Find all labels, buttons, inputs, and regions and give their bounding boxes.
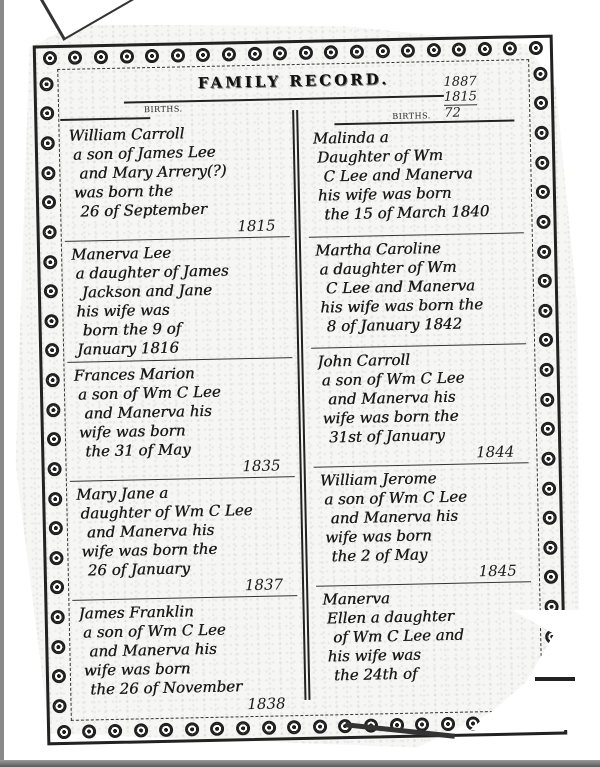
rosette-ornament <box>247 47 261 61</box>
rosette-ornament <box>46 403 60 417</box>
rosette-ornament <box>273 46 287 60</box>
rosette-ornament <box>42 195 56 209</box>
rosette-ornament <box>350 45 364 59</box>
rosette-ornament <box>49 521 63 535</box>
birth-entry: Frances Mariona son of Wm C Leeand Maner… <box>67 358 294 482</box>
tear-mark <box>535 677 575 681</box>
rosette-ornament <box>68 50 82 64</box>
entry-line: the 24th of <box>324 663 527 686</box>
rosette-ornament <box>57 725 71 739</box>
entry-line: the 15 of March 1840 <box>314 201 517 224</box>
rosette-ornament <box>159 723 173 737</box>
rosette-ornament <box>43 51 57 65</box>
rosette-ornament <box>503 41 517 55</box>
rosette-ornament <box>537 244 551 258</box>
rosette-ornament <box>44 314 58 328</box>
birth-entry: ManervaEllen a daughterof Wm C Lee andhi… <box>316 583 533 698</box>
rosette-ornament <box>426 43 440 57</box>
rosette-ornament <box>287 720 301 734</box>
rosette-ornament <box>94 50 108 64</box>
entry-line: 8 of January 1842 <box>316 313 519 336</box>
margin-note-line: 1887 <box>443 74 476 90</box>
rosette-ornament <box>49 551 63 565</box>
rosette-ornament <box>236 721 250 735</box>
rosette-ornament <box>43 255 57 269</box>
rosette-ornament <box>542 481 556 495</box>
rosette-ornament <box>41 136 55 150</box>
births-heading-right: BIRTHS. <box>392 111 431 121</box>
rosette-ornament <box>196 48 210 62</box>
margin-year-note: 1887 1815 72 <box>443 73 514 120</box>
scan-edge <box>0 0 4 767</box>
rosette-ornament <box>539 333 553 347</box>
rosette-ornament <box>441 717 455 731</box>
rosette-ornament <box>171 48 185 62</box>
rosette-ornament <box>534 96 548 110</box>
rosette-ornament <box>40 107 54 121</box>
births-heading-left: BIRTHS. <box>144 104 183 114</box>
rosette-ornament <box>52 669 66 683</box>
rosette-ornament <box>42 225 56 239</box>
rosette-ornament <box>535 126 549 140</box>
rosette-ornament <box>538 304 552 318</box>
births-column-left: William Carrolla son of James Leeand Mar… <box>62 118 299 703</box>
births-column-right: Malinda aDaughter of WmC Lee and Manerva… <box>306 121 533 697</box>
rosette-ornament <box>261 721 275 735</box>
rosette-ornament <box>44 284 58 298</box>
rosette-ornament <box>45 343 59 357</box>
rosette-ornament <box>543 511 557 525</box>
rosette-ornament <box>50 580 64 594</box>
rosette-ornament <box>535 155 549 169</box>
rosette-ornament <box>299 46 313 60</box>
rosette-ornament <box>529 41 543 55</box>
rosette-ornament <box>541 422 555 436</box>
entry-line: January 1816 <box>73 336 286 359</box>
rosette-ornament <box>41 166 55 180</box>
rosette-ornament <box>47 432 61 446</box>
scan-edge <box>0 760 600 767</box>
rosette-ornament <box>536 215 550 229</box>
birth-entry: Malinda aDaughter of WmC Lee and Manerva… <box>306 121 523 237</box>
rosette-ornament <box>544 570 558 584</box>
rosette-ornament <box>119 49 133 63</box>
margin-note-line: 1815 <box>444 89 477 106</box>
birth-entry: James Franklina son of Wm C Leeand Maner… <box>72 596 299 719</box>
rosette-ornament <box>478 42 492 56</box>
rosette-ornament <box>51 610 65 624</box>
birth-entry: John Carrolla son of Wm C Leeand Manerva… <box>311 345 528 468</box>
birth-entry: Mary Jane adaughter of Wm C Leeand Maner… <box>70 477 297 601</box>
rosette-ornament <box>538 274 552 288</box>
rosette-ornament <box>52 699 66 713</box>
birth-entry: William Carrolla son of James Leeand Mar… <box>62 118 289 242</box>
rosette-ornament <box>210 722 224 736</box>
rosette-ornament <box>46 373 60 387</box>
rosette-ornament <box>540 392 554 406</box>
rosette-ornament <box>324 45 338 59</box>
rosette-ornament <box>48 492 62 506</box>
family-record-frame: FAMILY RECORD. 1887 1815 72 BIRTHS. BIRT… <box>33 35 568 746</box>
rosette-ornament <box>539 363 553 377</box>
rosette-ornament <box>185 722 199 736</box>
birth-entry: William Jeromea son of Wm C Leeand Maner… <box>314 464 531 587</box>
rosette-ornament <box>51 640 65 654</box>
rosette-ornament <box>145 49 159 63</box>
rosette-ornament <box>541 452 555 466</box>
rosette-ornament <box>543 540 557 554</box>
birth-entry: Martha Carolinea daughter of WmC Lee and… <box>309 233 526 349</box>
rosette-ornament <box>222 47 236 61</box>
rosette-ornament <box>47 462 61 476</box>
margin-note-line: 72 <box>444 106 461 121</box>
rosette-ornament <box>452 42 466 56</box>
rosette-ornament <box>313 720 327 734</box>
rosette-ornament <box>536 185 550 199</box>
rosette-ornament <box>108 724 122 738</box>
birth-entry: Manerva Leea daughter of JamesJackson an… <box>65 237 292 363</box>
rosette-ornament <box>134 723 148 737</box>
rosette-ornament <box>375 44 389 58</box>
rosette-ornament <box>401 44 415 58</box>
rosette-ornament <box>82 724 96 738</box>
